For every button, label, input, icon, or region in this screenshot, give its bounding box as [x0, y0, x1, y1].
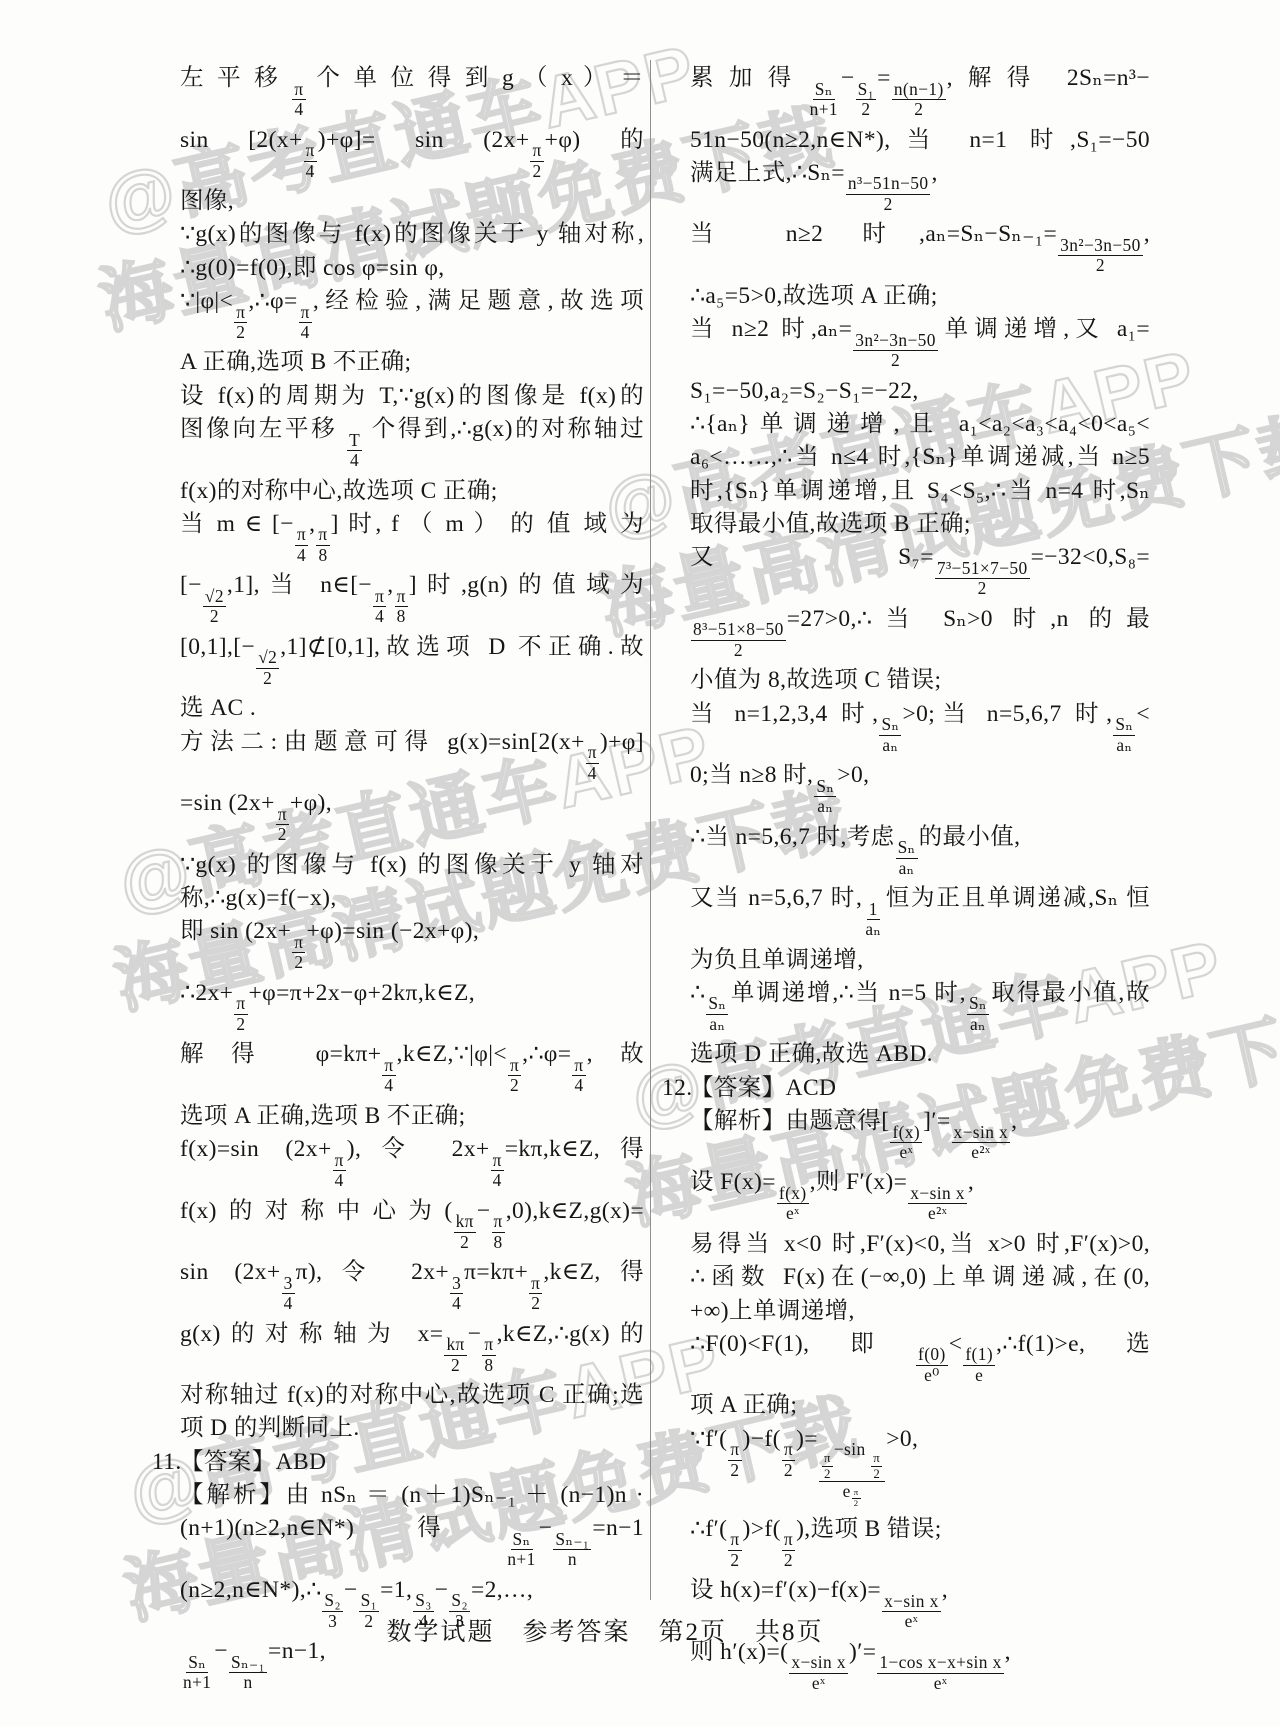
text-line: f(x)的对称中心为(kπ2−π8,0),k∈Z,g(x)= [152, 1198, 644, 1253]
text-line: [0,1],[−√22,1]⊄[0,1],故选项 D 不正确.故 [152, 634, 644, 689]
fraction: π2 [728, 1440, 741, 1480]
right-column: 累加得Sₙn+1−S₁2=n(n−1)2,解得 2Sₙ=n³−51n−50(n≥… [662, 58, 1150, 1700]
text-line: 方法二:由题意可得 g(x)=sin[2(x+π4)+φ] [152, 729, 644, 784]
text-line: ∵f′(π2)−f(π2)=π2−sin π2eπ2>0, [662, 1426, 1150, 1509]
fraction: x−sin xe²ˣ [952, 1123, 1011, 1163]
fraction: 1−cos x−x+sin xeˣ [877, 1653, 1003, 1693]
fraction: Sₙaₙ [967, 994, 989, 1034]
text-line: 解得 φ=kπ+π4,k∈Z,∵|φ|<π2,∴φ=π4,故 [152, 1041, 644, 1096]
text-line: +∞)上单调递增, [662, 1298, 1150, 1324]
text-line: 选 AC . [152, 695, 644, 721]
exam-answer-page: @高考直通车APP 海量高清试题免费下载 @高考直通车APP 海量高清试题免费下… [0, 0, 1280, 1727]
text-line: g(x)的对称轴为 x=kπ2−π8,k∈Z,∴g(x)的 [152, 1321, 644, 1376]
fraction: Sₙaₙ [814, 777, 836, 817]
text-line: 易得当 x<0 时,F′(x)<0,当 x>0 时,F′(x)>0, [662, 1231, 1150, 1257]
text-line: f(x)=sin (2x+π4),令 2x+π4=kπ,k∈Z,得 [152, 1136, 644, 1191]
fraction: Sₙaₙ [706, 994, 728, 1034]
text-line: 当 n≥2 时,aₙ=3n²−3n−502单调递增,又 a₁= [662, 316, 1150, 371]
fraction: π4 [373, 587, 386, 627]
text-line: 【解析】由题意得[f(x)eˣ]′=x−sin xe²ˣ, [662, 1108, 1150, 1163]
text-line: 设 f(x)的周期为 T,∵g(x)的图像是 f(x)的 [152, 383, 644, 409]
text-line: f(x)的对称中心,故选项 C 正确; [152, 478, 644, 504]
fraction: π8 [395, 587, 408, 627]
fraction: n(n−1)2 [892, 80, 946, 120]
fraction: π2 [782, 1530, 795, 1570]
text-line: (n+1)(n≥2,n∈N*)得Sₙn+1−Sₙ₋₁n=n−1 [152, 1515, 644, 1570]
text-line: ∴f′(π2)>f(π2),选项 B 错误; [662, 1516, 1150, 1571]
footer-doc-title: 数学试题 [386, 1619, 494, 1646]
text-line: 选项 D 正确,故选 ABD. [662, 1041, 1150, 1067]
fraction: π4 [586, 743, 599, 783]
fraction: π2 [529, 1274, 542, 1314]
text-line: 又当 n=5,6,7 时,1aₙ恒为正且单调递减,Sₙ 恒 [662, 885, 1150, 940]
item-line: 11.【答案】ABD [152, 1449, 644, 1475]
fraction: S₁2 [856, 80, 877, 120]
text-line: S₁=−50,a₂=S₂−S₁=−22, [662, 378, 1150, 404]
fraction: T4 [347, 431, 362, 471]
text-line: =sin (2x+π2+φ), [152, 790, 644, 845]
text-line: ∴2x+π2+φ=π+2x−φ+2kπ,k∈Z, [152, 980, 644, 1035]
text-line: sin [2(x+π4)+φ]= sin (2x+π2+φ) 的 [152, 127, 644, 182]
text-line: ∵g(x)的图像与 f(x)的图像关于 y 轴对称, [152, 221, 644, 247]
fraction: 34 [282, 1274, 295, 1314]
fraction: π2 [292, 933, 305, 973]
text-line: 累加得Sₙn+1−S₁2=n(n−1)2,解得 2Sₙ=n³− [662, 65, 1150, 120]
text-line: ∴{aₙ}单调递增,且 a₁<a₂<a₃<a₄<0<a₅< [662, 411, 1150, 437]
text-line: 选项 A 正确,选项 B 不正确; [152, 1103, 644, 1129]
text-line: a₆<……,∴当 n≤4 时,{Sₙ}单调递减,当 n≥5 [662, 444, 1150, 470]
fraction: π4 [333, 1151, 346, 1191]
text-line: 小值为 8,故选项 C 错误; [662, 667, 1150, 693]
fraction: π4 [304, 141, 317, 181]
fraction: 1aₙ [863, 900, 883, 940]
fraction: π8 [482, 1335, 495, 1375]
fraction: Sₙaₙ [1113, 715, 1135, 755]
text-line: 51n−50(n≥2,n∈N*),当 n=1 时,S₁=−50 [662, 127, 1150, 153]
fraction: π2 [234, 303, 247, 343]
text-line: 又 S₇=7³−51×7−502=−32<0,S₈= [662, 544, 1150, 599]
fraction: π2 [276, 805, 289, 845]
text-line: sin (2x+34π),令 2x+34π=kπ+π2,k∈Z,得 [152, 1259, 644, 1314]
fraction: √22 [203, 587, 226, 627]
text-line: ∵|φ|<π2,∴φ=π4,经检验,满足题意,故选项 [152, 288, 644, 343]
fraction: π2 [508, 1056, 521, 1096]
text-line: 满足上式,∴Sₙ=n³−51n−502, [662, 160, 1150, 215]
text-line: ∴当 n=5,6,7 时,考虑Sₙaₙ的最小值, [662, 824, 1150, 879]
fraction: f(0)e⁰ [916, 1345, 948, 1385]
text-line: 图像向左平移 T4 个得到,∴g(x)的对称轴过 [152, 416, 644, 471]
fraction: x−sin xe²ˣ [908, 1184, 967, 1224]
fraction: f(x)eˣ [777, 1184, 809, 1224]
text-line: 【解析】由 nSₙ ＝ (n＋1)Sₙ₋₁ ＋ (n−1)n · [152, 1482, 644, 1508]
footer-page-total: 共8页 [755, 1619, 824, 1646]
text-line: 0;当 n≥8 时,Sₙaₙ>0, [662, 762, 1150, 817]
item-number: 11. [152, 1449, 182, 1475]
fraction: π2 [530, 141, 543, 181]
text-line: 设 F(x)=f(x)eˣ,则 F′(x)=x−sin xe²ˣ, [662, 1169, 1150, 1224]
fraction: 34 [450, 1274, 463, 1314]
fraction: π8 [492, 1212, 505, 1252]
fraction: f(1)e [963, 1345, 995, 1385]
text-line: 时,{Sₙ}单调递增,且 S₄<S₅,∴当 n=4 时,Sₙ [662, 478, 1150, 504]
text-line: 当 n≥2 时,aₙ=Sₙ−Sₙ₋₁=3n²−3n−502, [662, 221, 1150, 276]
fraction: π2 [852, 1488, 861, 1509]
fraction: Sₙn+1 [181, 1653, 213, 1693]
left-column: 左 平 移 π4 个 单 位 得 到 g （ x ） ＝sin [2(x+π4)… [152, 58, 644, 1700]
fraction: π4 [299, 303, 312, 343]
text-line: ∴Sₙaₙ单调递增,∴当 n=5 时,Sₙaₙ取得最小值,故 [662, 980, 1150, 1035]
text-line: 图像, [152, 188, 644, 214]
text-line: ∴F(0)<F(1),即f(0)e⁰<f(1)e,∴f(1)>e,选 [662, 1331, 1150, 1386]
text-line: 当 n=1,2,3,4 时,Sₙaₙ>0;当 n=5,6,7 时,Sₙaₙ< [662, 701, 1150, 756]
text-line: 为负且单调递增, [662, 947, 1150, 973]
fraction: x−sin xeˣ [789, 1653, 848, 1693]
text-line: A 正确,选项 B 不正确; [152, 349, 644, 375]
fraction: π2−sin π2eπ2 [819, 1440, 885, 1508]
fraction: π2 [822, 1451, 833, 1481]
fraction: Sₙaₙ [896, 838, 918, 878]
fraction: π2 [871, 1451, 882, 1481]
fraction: √22 [256, 648, 279, 688]
text-line: ∵g(x) 的图像与 f(x) 的图像关于 y 轴对 [152, 852, 644, 878]
fraction: π4 [572, 1056, 585, 1096]
fraction: π8 [316, 525, 329, 565]
fraction: π4 [292, 80, 305, 120]
fraction: Sₙn+1 [808, 80, 840, 120]
footer-subtitle: 参考答案 [522, 1619, 630, 1646]
fraction: π2 [782, 1440, 795, 1480]
text-line: ∴函数 F(x)在(−∞,0)上单调递减,在(0, [662, 1264, 1150, 1290]
fraction: π4 [491, 1151, 504, 1191]
text-line: ∴a₅=5>0,故选项 A 正确; [662, 283, 1150, 309]
footer-page-number: 第2页 [659, 1619, 728, 1646]
fraction: 3n²−3n−502 [853, 331, 938, 371]
page-footer: 数学试题参考答案第2页共8页 [0, 1612, 1280, 1648]
fraction: 7³−51×7−502 [935, 559, 1030, 599]
text-line: 当 m ∈ [−π4,π8] 时, f （ m ） 的 值 域 为 [152, 511, 644, 566]
fraction: f(x)eˣ [890, 1123, 922, 1163]
fraction: Sₙ₋₁n [229, 1653, 267, 1693]
fraction: π2 [234, 994, 247, 1034]
column-divider [650, 60, 651, 1600]
fraction: n³−51n−502 [846, 174, 931, 214]
fraction: π2 [728, 1530, 741, 1570]
text-line: 8³−51×8−502=27>0,∴当 Sₙ>0 时,n 的最 [662, 606, 1150, 661]
item-number: 12. [662, 1075, 693, 1101]
text-line: 对称轴过 f(x)的对称中心,故选项 C 正确;选 [152, 1382, 644, 1408]
text-line: 取得最小值,故选项 B 正确; [662, 511, 1150, 537]
fraction: π4 [382, 1056, 395, 1096]
text-line: 称,∴g(x)=f(−x), [152, 885, 644, 911]
text-line: 项 A 正确; [662, 1392, 1150, 1418]
fraction: 3n²−3n−502 [1058, 236, 1143, 276]
fraction: kπ2 [444, 1335, 466, 1375]
text-line: [−√22,1],当 n∈[−π4,π8]时,g(n)的值域为 [152, 572, 644, 627]
item-line: 12.【答案】ACD [662, 1075, 1150, 1101]
superscript: π2 [851, 1480, 862, 1494]
fraction: π4 [295, 525, 308, 565]
text-line: 左 平 移 π4 个 单 位 得 到 g （ x ） ＝ [152, 65, 644, 120]
text-line: ∴g(0)=f(0),即 cos φ=sin φ, [152, 255, 644, 281]
text-line: 项 D 的判断同上. [152, 1415, 644, 1441]
fraction: Sₙ₋₁n [553, 1530, 591, 1570]
fraction: kπ2 [454, 1212, 476, 1252]
fraction: Sₙaₙ [879, 715, 901, 755]
text-line: 即 sin (2x+π2+φ)=sin (−2x+φ), [152, 918, 644, 973]
fraction: 8³−51×8−502 [691, 620, 786, 660]
fraction: Sₙn+1 [505, 1530, 537, 1570]
